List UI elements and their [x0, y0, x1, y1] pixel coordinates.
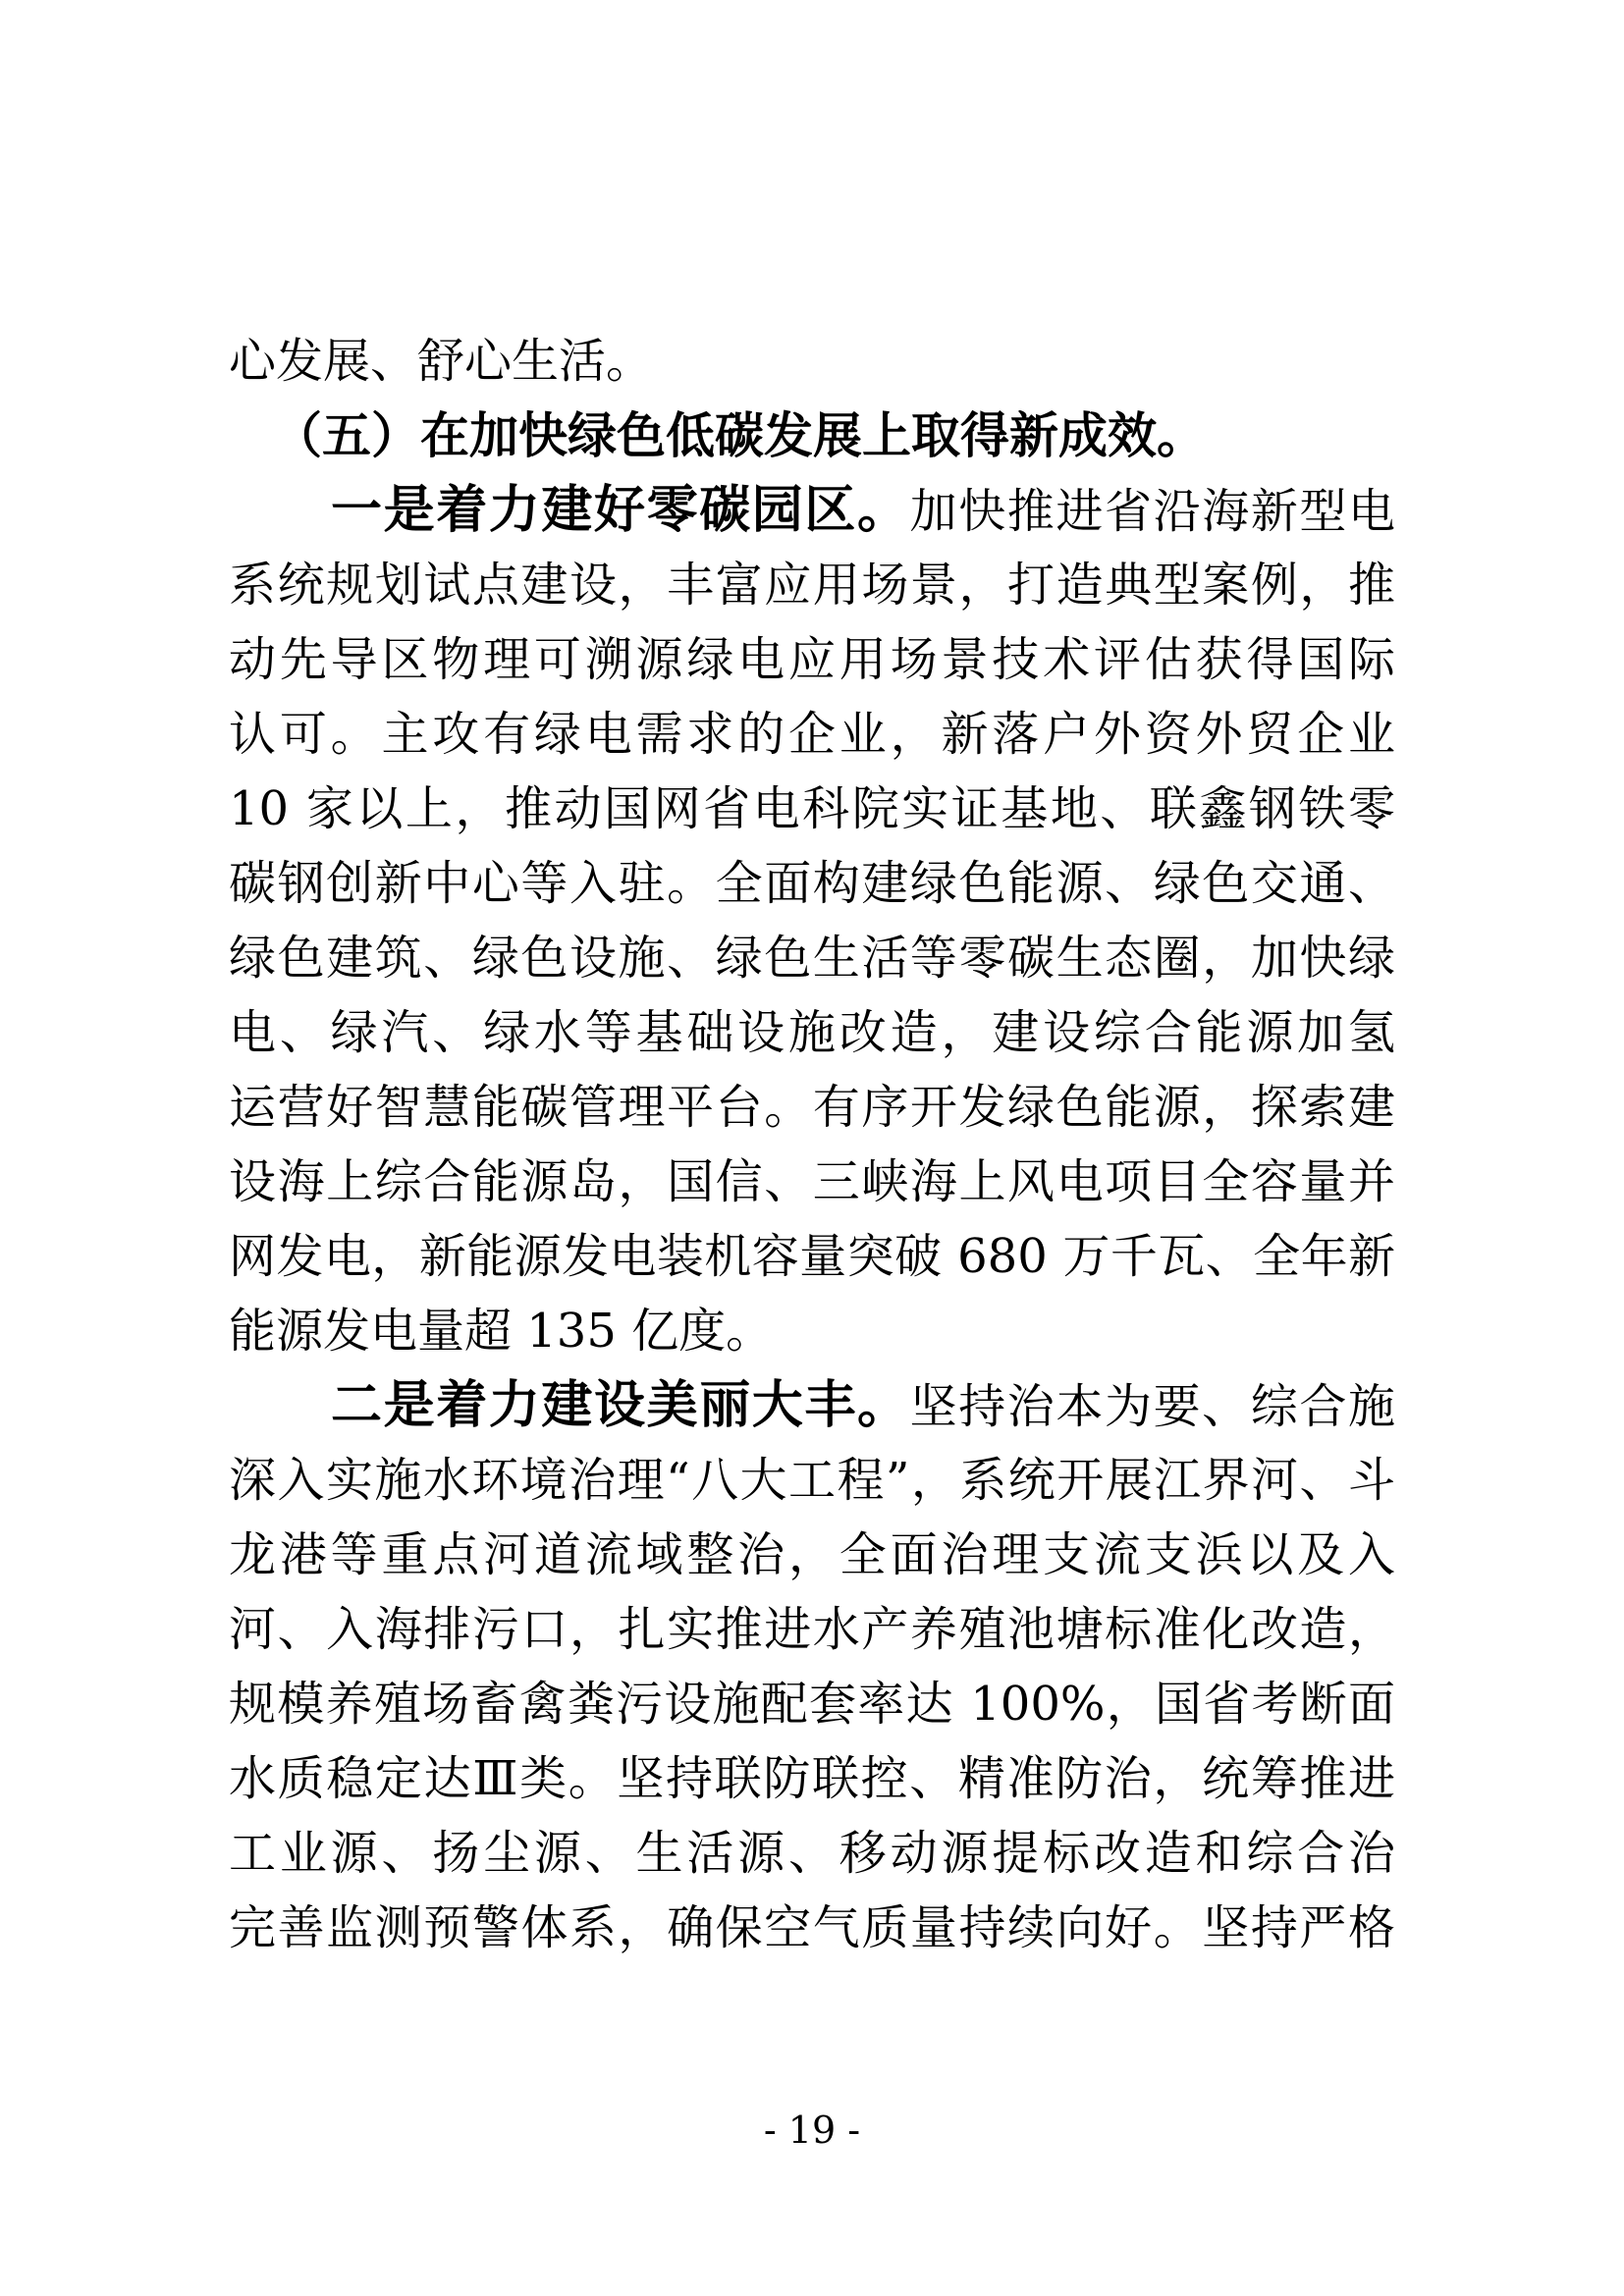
document-lines: 心发展、舒心生活。（五）在加快绿色低碳发展上取得新成效。一是着力建好零碳园区。加…: [229, 324, 1395, 1965]
text-line: 网发电，新能源发电装机容量突破 680 万千瓦、全年新: [229, 1219, 1395, 1294]
page-number: - 19 -: [0, 2109, 1624, 2152]
text-line: 二是着力建设美丽大丰。坚持治本为要、综合施策，: [229, 1368, 1395, 1443]
line-text: 工业源、扬尘源、生活源、移动源提标改造和综合治理，: [229, 1826, 1395, 1891]
document-page: 心发展、舒心生活。（五）在加快绿色低碳发展上取得新成效。一是着力建好零碳园区。加…: [0, 0, 1624, 2296]
line-text: 龙港等重点河道流域整治，全面治理支流支浜以及入: [229, 1527, 1395, 1582]
line-text: 深入实施水环境治理“八大工程”，系统开展江界河、斗: [229, 1453, 1395, 1508]
text-line: 工业源、扬尘源、生活源、移动源提标改造和综合治理，: [229, 1816, 1395, 1891]
text-line: 动先导区物理可溯源绿电应用场景技术评估获得国际: [229, 622, 1395, 697]
text-line: 水质稳定达Ⅲ类。坚持联防联控、精准防治，统筹推进: [229, 1741, 1395, 1816]
line-text: 绿色建筑、绿色设施、绿色生活等零碳生态圈，加快绿: [229, 931, 1395, 986]
text-line: 一是着力建好零碳园区。加快推进省沿海新型电力: [229, 473, 1395, 548]
text-line: 运营好智慧能碳管理平台。有序开发绿色能源，探索建: [229, 1070, 1395, 1145]
line-text: 10 家以上，推动国网省电科院实证基地、联鑫钢铁零: [229, 781, 1395, 836]
line-text: 完善监测预警体系，确保空气质量持续向好。坚持严格: [229, 1900, 1395, 1955]
line-text: 能源发电量超 135 亿度。: [229, 1304, 773, 1359]
text-line: 碳钢创新中心等入驻。全面构建绿色能源、绿色交通、: [229, 846, 1395, 921]
line-text: 河、入海排污口，扎实推进水产养殖池塘标准化改造，: [229, 1602, 1395, 1657]
section-heading: （五）在加快绿色低碳发展上取得新成效。: [229, 399, 1395, 473]
text-line: 认可。主攻有绿电需求的企业，新落户外资外贸企业: [229, 697, 1395, 772]
text-line: 完善监测预警体系，确保空气质量持续向好。坚持严格: [229, 1891, 1395, 1965]
text-line: 龙港等重点河道流域整治，全面治理支流支浜以及入: [229, 1518, 1395, 1592]
line-text: 电、绿汽、绿水等基础设施改造，建设综合能源加氢站，: [229, 1005, 1395, 1070]
line-text: 认可。主攻有绿电需求的企业，新落户外资外贸企业: [229, 707, 1395, 762]
line-text: 水质稳定达Ⅲ类。坚持联防联控、精准防治，统筹推进: [229, 1751, 1395, 1806]
line-text: 心发展、舒心生活。: [229, 334, 653, 389]
line-text: 规模养殖场畜禽粪污设施配套率达 100%，国省考断面: [229, 1677, 1395, 1732]
paragraph-tail-line: 心发展、舒心生活。: [229, 324, 1395, 399]
text-line: 深入实施水环境治理“八大工程”，系统开展江界河、斗: [229, 1443, 1395, 1518]
text-line: 设海上综合能源岛，国信、三峡海上风电项目全容量并: [229, 1145, 1395, 1219]
line-text: 设海上综合能源岛，国信、三峡海上风电项目全容量并: [229, 1154, 1395, 1209]
line-text: （五）在加快绿色低碳发展上取得新成效。: [273, 407, 1206, 464]
line-text: 网发电，新能源发电装机容量突破 680 万千瓦、全年新: [229, 1229, 1395, 1284]
text-line: 规模养殖场畜禽粪污设施配套率达 100%，国省考断面: [229, 1667, 1395, 1741]
text-line: 电、绿汽、绿水等基础设施改造，建设综合能源加氢站，: [229, 995, 1395, 1070]
line-text: 系统规划试点建设，丰富应用场景，打造典型案例，推: [229, 558, 1395, 613]
line-text: 碳钢创新中心等入驻。全面构建绿色能源、绿色交通、: [229, 856, 1395, 911]
text-line: 能源发电量超 135 亿度。: [229, 1294, 1395, 1368]
text-line: 10 家以上，推动国网省电科院实证基地、联鑫钢铁零: [229, 772, 1395, 846]
line-text: 运营好智慧能碳管理平台。有序开发绿色能源，探索建: [229, 1080, 1395, 1135]
paragraph-lead: 二是着力建设美丽大丰。: [331, 1375, 910, 1435]
text-line: 河、入海排污口，扎实推进水产养殖池塘标准化改造，: [229, 1592, 1395, 1667]
paragraph-lead: 一是着力建好零碳园区。: [331, 480, 910, 540]
line-text: 动先导区物理可溯源绿电应用场景技术评估获得国际: [229, 632, 1395, 687]
text-line: 系统规划试点建设，丰富应用场景，打造典型案例，推: [229, 548, 1395, 622]
text-line: 绿色建筑、绿色设施、绿色生活等零碳生态圈，加快绿: [229, 921, 1395, 995]
